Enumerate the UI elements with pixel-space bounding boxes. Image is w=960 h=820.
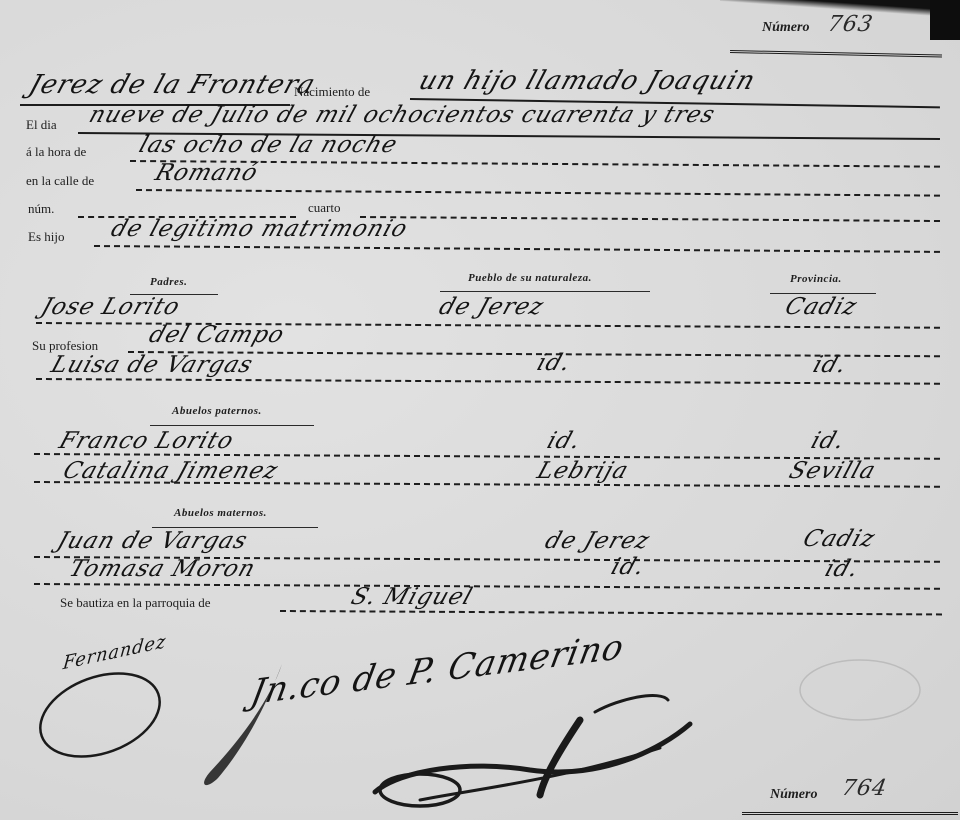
- footer-rule: [742, 812, 958, 818]
- signature-flourishes: [0, 0, 960, 820]
- next-record-number-label: Número: [770, 787, 817, 803]
- document-page: Número 763 Jerez de la Frontera Nacimien…: [0, 0, 960, 820]
- next-record-number-value: 764: [840, 776, 889, 801]
